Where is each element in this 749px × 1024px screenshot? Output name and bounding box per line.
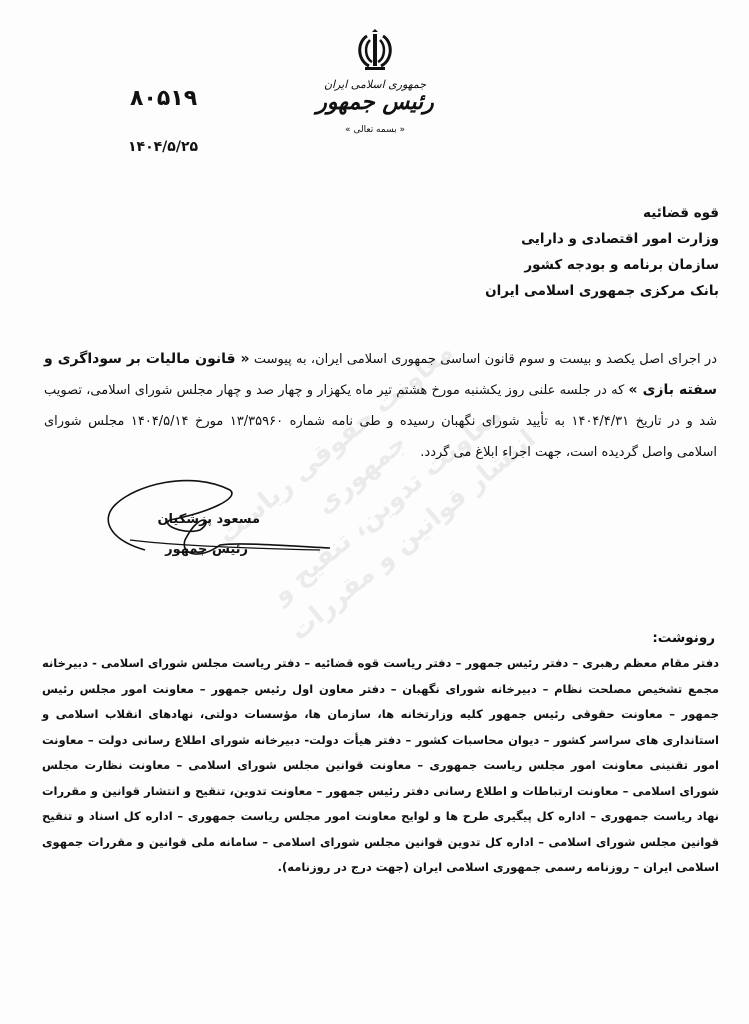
document-page: جمهوری اسلامی ایران رئیس جمهور « بسمه تع…	[0, 0, 749, 1024]
recipient: بانک مرکزی جمهوری اسلامی ایران	[419, 278, 719, 304]
bismillah: « بسمه تعالی »	[300, 125, 450, 135]
body-intro: در اجرای اصل یکصد و بیست و سوم قانون اسا…	[254, 352, 717, 367]
letterhead: جمهوری اسلامی ایران رئیس جمهور « بسمه تع…	[300, 28, 450, 135]
letterhead-office: رئیس جمهور	[300, 89, 450, 115]
cc-list: دفتر مقام معظم رهبری – دفتر رئیس جمهور –…	[42, 651, 719, 881]
letter-date: ۱۴۰۴/۵/۲۵	[128, 139, 198, 155]
recipient: وزارت امور اقتصادی و دارایی	[419, 226, 719, 252]
iran-emblem-icon	[353, 28, 397, 72]
signer-title: رئیس جمهور	[150, 542, 260, 557]
signature-block: مسعود پزشکیان رئیس جمهور	[90, 450, 320, 580]
body-text: که در جلسه علنی روز یکشنبه مورخ هشتم تیر…	[44, 383, 717, 460]
recipients-list: قوه قضائیه وزارت امور اقتصادی و دارایی س…	[419, 200, 719, 304]
signer-name: مسعود پزشکیان	[150, 512, 260, 527]
cc-heading: رونوشت:	[652, 630, 715, 646]
recipient: سازمان برنامه و بودجه کشور	[419, 252, 719, 278]
recipient: قوه قضائیه	[419, 200, 719, 226]
letter-number: ۸۰۵۱۹	[130, 86, 197, 111]
